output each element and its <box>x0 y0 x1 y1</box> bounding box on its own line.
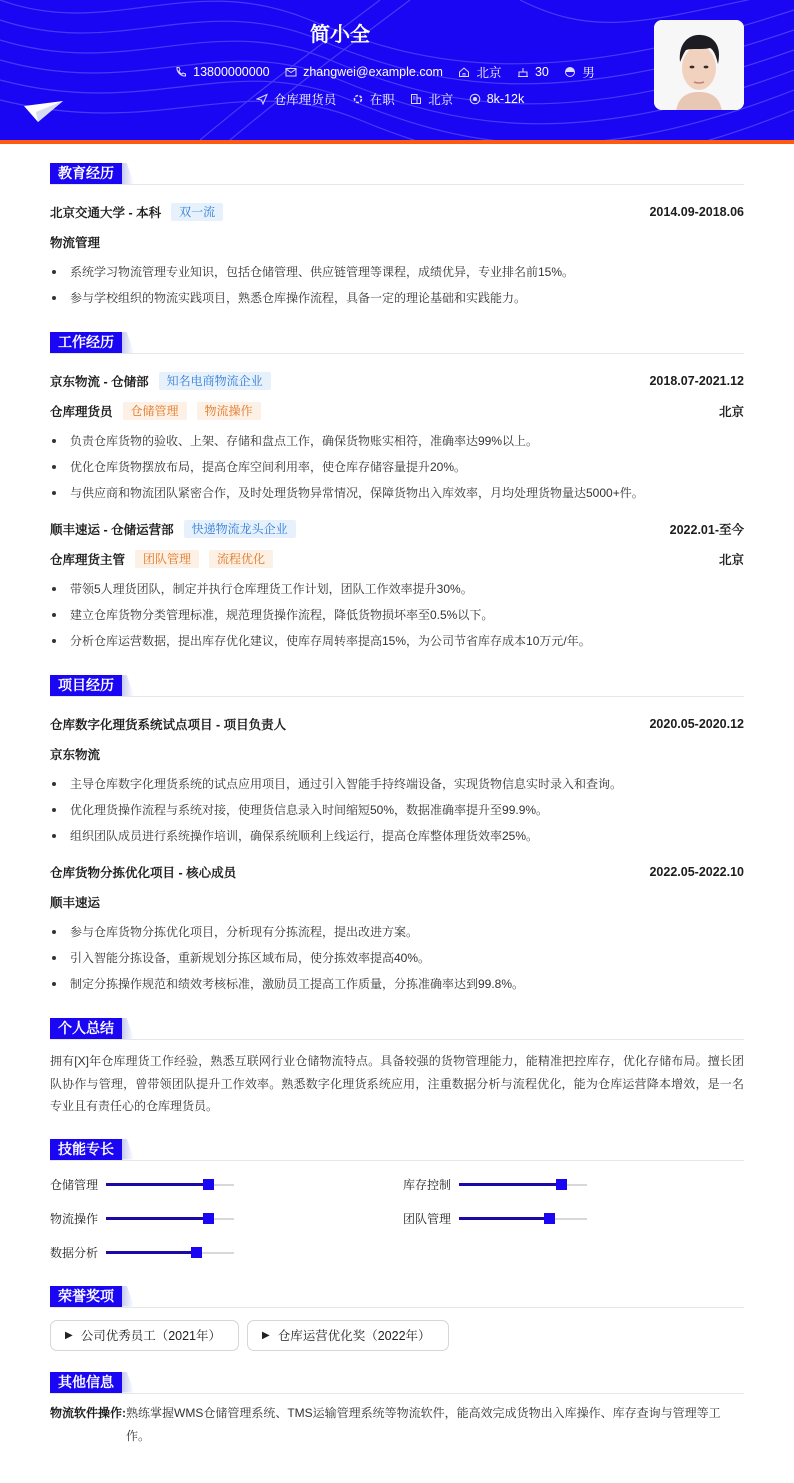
triangle-right-icon: ▶ <box>262 1330 270 1341</box>
skill-level-marker <box>191 1247 202 1258</box>
skill-name: 库存控制 <box>403 1176 459 1193</box>
title-decoration <box>122 675 134 696</box>
phone-icon <box>175 66 187 78</box>
section-header: 项目经历 <box>50 672 744 697</box>
section-title: 其他信息 <box>50 1372 122 1393</box>
title-decoration <box>122 1139 134 1160</box>
work-bullets: 负责仓库货物的验收、上架、存储和盘点工作，确保货物账实相符，准确率达99%以上。… <box>50 428 744 506</box>
role-tag: 团队管理 <box>135 550 199 568</box>
skill-item: 库存控制 <box>403 1173 744 1197</box>
work-bullets: 带领5人理货团队，制定并执行仓库理货工作计划，团队工作效率提升30%。 建立仓库… <box>50 576 744 654</box>
gender-item: 男 <box>564 63 595 81</box>
other-section: 其他信息 物流软件操作: 熟练掌握WMS仓储管理系统、TMS运输管理系统等物流软… <box>50 1369 744 1448</box>
home-icon <box>458 66 470 78</box>
email-item: zhangwei@example.com <box>285 65 443 79</box>
role-tag: 仓储管理 <box>123 402 187 420</box>
city-item: 北京 <box>410 90 453 108</box>
project-date: 2022.05-2022.10 <box>649 865 744 879</box>
paper-plane-icon <box>24 100 64 124</box>
skill-bar <box>106 1252 234 1254</box>
list-item: 负责仓库货物的验收、上架、存储和盘点工作，确保货物账实相符，准确率达99%以上。 <box>50 428 744 454</box>
skill-name: 物流操作 <box>50 1210 106 1227</box>
skill-item: 仓储管理 <box>50 1173 403 1197</box>
education-date: 2014.09-2018.06 <box>649 205 744 219</box>
status-icon <box>352 93 364 105</box>
work-location: 北京 <box>719 402 744 420</box>
skill-level-marker <box>203 1179 214 1190</box>
skill-name: 数据分析 <box>50 1244 106 1261</box>
education-bullets: 系统学习物流管理专业知识，包括仓储管理、供应链管理等课程，成绩优异，专业排名前1… <box>50 259 744 311</box>
contact-row: 13800000000 zhangwei@example.com 北京 30 男 <box>0 63 680 81</box>
skill-item: 团队管理 <box>403 1207 744 1231</box>
section-title: 个人总结 <box>50 1018 122 1039</box>
awards-section: 荣誉奖项 ▶ 公司优秀员工（2021年） ▶ 仓库运营优化奖（2022年） <box>50 1283 744 1351</box>
list-item: 参与仓库货物分拣优化项目，分析现有分拣流程，提出改进方案。 <box>50 919 744 945</box>
salary-icon <box>469 93 481 105</box>
list-item: 分析仓库运营数据，提出库存优化建议，使库存周转率提高15%，为公司节省库存成本1… <box>50 628 744 654</box>
cake-icon <box>517 66 529 78</box>
skill-name: 团队管理 <box>403 1210 459 1227</box>
award-label: 仓库运营优化奖（2022年） <box>278 1326 431 1344</box>
awards-list: ▶ 公司优秀员工（2021年） ▶ 仓库运营优化奖（2022年） <box>50 1320 744 1351</box>
list-item: 引入智能分拣设备，重新规划分拣区域布局，使分拣效率提高40%。 <box>50 945 744 971</box>
work-date: 2018.07-2021.12 <box>649 374 744 388</box>
skill-item: 物流操作 <box>50 1207 403 1231</box>
project-bullets: 参与仓库货物分拣优化项目，分析现有分拣流程，提出改进方案。 引入智能分拣设备，重… <box>50 919 744 997</box>
title-decoration <box>122 163 134 184</box>
skill-bar <box>459 1218 587 1220</box>
work-section: 工作经历 京东物流 - 仓储部知名电商物流企业 2018.07-2021.12 … <box>50 329 744 654</box>
other-info-key: 物流软件操作: <box>50 1402 126 1448</box>
company-name: 顺丰速运 - 仓储运营部 <box>50 520 174 538</box>
section-title: 工作经历 <box>50 332 122 353</box>
salary-item: 8k-12k <box>469 92 525 106</box>
company-tag: 知名电商物流企业 <box>159 372 271 390</box>
project-bullets: 主导仓库数字化理货系统的试点应用项目，通过引入智能手持终端设备，实现货物信息实时… <box>50 771 744 849</box>
header-accent-bar <box>0 140 794 144</box>
summary-section: 个人总结 拥有[X]年仓库理货工作经验，熟悉互联网行业仓储物流特点。具备较强的货… <box>50 1015 744 1118</box>
skill-bar <box>106 1184 234 1186</box>
summary-text: 拥有[X]年仓库理货工作经验，熟悉互联网行业仓储物流特点。具备较强的货物管理能力… <box>50 1050 744 1118</box>
school-tag: 双一流 <box>171 203 223 221</box>
project-org: 京东物流 <box>50 745 100 763</box>
job-intent-row: 仓库理货员 在职 北京 8k-12k <box>0 90 680 108</box>
project-date: 2020.05-2020.12 <box>649 717 744 731</box>
work-date: 2022.01-至今 <box>670 520 744 538</box>
building-icon <box>410 93 422 105</box>
section-header: 荣誉奖项 <box>50 1283 744 1308</box>
major: 物流管理 <box>50 233 100 251</box>
title-decoration <box>122 332 134 353</box>
section-header: 其他信息 <box>50 1369 744 1394</box>
list-item: 参与学校组织的物流实践项目，熟悉仓库操作流程，具备一定的理论基础和实践能力。 <box>50 285 744 311</box>
skills-section: 技能专长 仓储管理 库存控制 物流操作 团队管理 数据分析 <box>50 1136 744 1265</box>
section-title: 荣誉奖项 <box>50 1286 122 1307</box>
skill-bar <box>459 1184 587 1186</box>
home-item: 北京 <box>458 63 501 81</box>
skill-level-marker <box>203 1213 214 1224</box>
project-entry: 仓库货物分拣优化项目 - 核心成员 2022.05-2022.10 顺丰速运 参… <box>50 857 744 997</box>
status-item: 在职 <box>352 90 395 108</box>
profile-photo <box>654 20 744 110</box>
education-section: 教育经历 北京交通大学 - 本科双一流 2014.09-2018.06 物流管理… <box>50 160 744 311</box>
role-name: 仓库理货员 <box>50 402 113 420</box>
company-name: 京东物流 - 仓储部 <box>50 372 149 390</box>
work-location: 北京 <box>719 550 744 568</box>
project-name: 仓库数字化理货系统试点项目 - 项目负责人 <box>50 715 286 733</box>
section-header: 技能专长 <box>50 1136 744 1161</box>
other-info-value: 熟练掌握WMS仓储管理系统、TMS运输管理系统等物流软件，能高效完成货物出入库操… <box>126 1402 744 1448</box>
list-item: 与供应商和物流团队紧密合作，及时处理货物异常情况，保障货物出入库效率，月均处理货… <box>50 480 744 506</box>
skill-item: 数据分析 <box>50 1241 403 1265</box>
project-org: 顺丰速运 <box>50 893 100 911</box>
section-header: 教育经历 <box>50 160 744 185</box>
projects-section: 项目经历 仓库数字化理货系统试点项目 - 项目负责人 2020.05-2020.… <box>50 672 744 997</box>
skills-grid: 仓储管理 库存控制 物流操作 团队管理 数据分析 <box>50 1173 744 1265</box>
role-tag: 物流操作 <box>197 402 261 420</box>
list-item: 主导仓库数字化理货系统的试点应用项目，通过引入智能手持终端设备，实现货物信息实时… <box>50 771 744 797</box>
list-item: 带领5人理货团队，制定并执行仓库理货工作计划，团队工作效率提升30%。 <box>50 576 744 602</box>
list-item: 优化理货操作流程与系统对接，使理货信息录入时间缩短50%，数据准确率提升至99.… <box>50 797 744 823</box>
section-title: 技能专长 <box>50 1139 122 1160</box>
skill-bar <box>106 1218 234 1220</box>
list-item: 系统学习物流管理专业知识，包括仓储管理、供应链管理等课程，成绩优异，专业排名前1… <box>50 259 744 285</box>
skill-level-marker <box>544 1213 555 1224</box>
resume-header: 简小全 13800000000 zhangwei@example.com 北京 … <box>0 0 794 140</box>
phone-item: 13800000000 <box>175 65 269 79</box>
award-item: ▶ 公司优秀员工（2021年） <box>50 1320 239 1351</box>
section-header: 工作经历 <box>50 329 744 354</box>
work-entry: 顺丰速运 - 仓储运营部快递物流龙头企业 2022.01-至今 仓库理货主管团队… <box>50 514 744 654</box>
list-item: 组织团队成员进行系统操作培训，确保系统顺利上线运行，提高仓库整体理货效率25%。 <box>50 823 744 849</box>
section-header: 个人总结 <box>50 1015 744 1040</box>
award-label: 公司优秀员工（2021年） <box>81 1326 221 1344</box>
school-name: 北京交通大学 - 本科 <box>50 203 161 221</box>
role-name: 仓库理货主管 <box>50 550 125 568</box>
education-entry: 北京交通大学 - 本科双一流 2014.09-2018.06 物流管理 系统学习… <box>50 197 744 311</box>
project-name: 仓库货物分拣优化项目 - 核心成员 <box>50 863 236 881</box>
skill-level-marker <box>556 1179 567 1190</box>
list-item: 建立仓库货物分类管理标准，规范理货操作流程，降低货物损坏率至0.5%以下。 <box>50 602 744 628</box>
section-title: 教育经历 <box>50 163 122 184</box>
work-entry: 京东物流 - 仓储部知名电商物流企业 2018.07-2021.12 仓库理货员… <box>50 366 744 506</box>
age-item: 30 <box>517 65 549 79</box>
section-title: 项目经历 <box>50 675 122 696</box>
other-info-item: 物流软件操作: 熟练掌握WMS仓储管理系统、TMS运输管理系统等物流软件，能高效… <box>50 1402 744 1448</box>
award-item: ▶ 仓库运营优化奖（2022年） <box>247 1320 449 1351</box>
title-decoration <box>122 1372 134 1393</box>
list-item: 优化仓库货物摆放布局，提高仓库空间利用率，使仓库存储容量提升20%。 <box>50 454 744 480</box>
skill-name: 仓储管理 <box>50 1176 106 1193</box>
candidate-name: 简小全 <box>0 18 680 47</box>
triangle-right-icon: ▶ <box>65 1330 73 1341</box>
avatar <box>654 20 744 110</box>
send-icon <box>256 93 268 105</box>
title-decoration <box>122 1018 134 1039</box>
title-decoration <box>122 1286 134 1307</box>
company-tag: 快递物流龙头企业 <box>184 520 296 538</box>
resume-body: 教育经历 北京交通大学 - 本科双一流 2014.09-2018.06 物流管理… <box>50 160 744 1466</box>
project-entry: 仓库数字化理货系统试点项目 - 项目负责人 2020.05-2020.12 京东… <box>50 709 744 849</box>
gender-icon <box>564 66 576 78</box>
list-item: 制定分拣操作规范和绩效考核标准，激励员工提高工作质量，分拣准确率达到99.8%。 <box>50 971 744 997</box>
position-item: 仓库理货员 <box>256 90 337 108</box>
role-tag: 流程优化 <box>209 550 273 568</box>
mail-icon <box>285 66 297 78</box>
